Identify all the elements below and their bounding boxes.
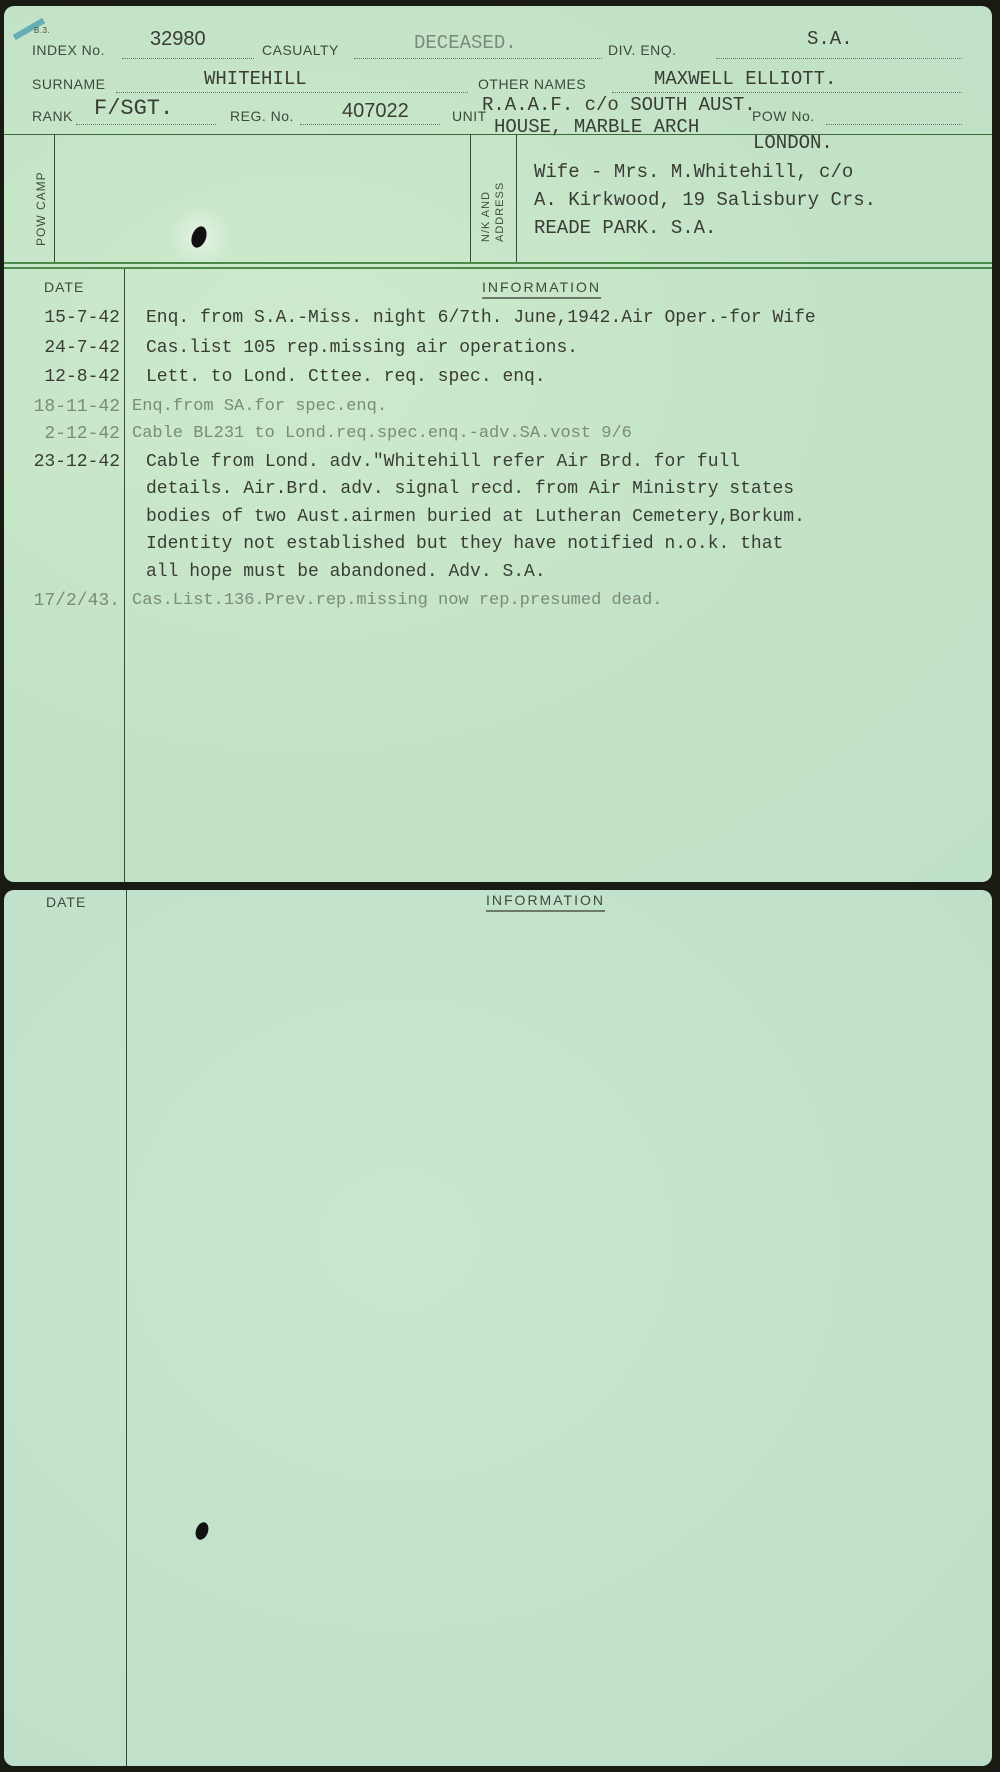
nok-address-line1: Wife - Mrs. M.Whitehill, c/o xyxy=(534,161,853,183)
entry-text: Cas.list 105 rep.missing air operations. xyxy=(146,338,578,358)
entry-text: details. Air.Brd. adv. signal recd. from… xyxy=(146,479,794,499)
entry-date: 15-7-42 xyxy=(4,308,120,328)
date-header: DATE xyxy=(44,279,84,295)
nok-address-line2: A. Kirkwood, 19 Salisbury Crs. xyxy=(534,189,876,211)
casualty-label: CASUALTY xyxy=(262,42,339,58)
div-enq-label: DIV. ENQ. xyxy=(608,42,677,58)
pow-no-label: POW No. xyxy=(752,108,815,124)
nok-label-line1: N/K AND xyxy=(480,191,492,242)
entry-date: 17/2/43. xyxy=(4,591,120,611)
entry-text: Enq. from S.A.-Miss. night 6/7th. June,1… xyxy=(146,308,816,328)
reg-no-label: REG. No. xyxy=(230,108,294,124)
other-names-value: MAXWELL ELLIOTT. xyxy=(654,68,836,90)
entry-text: bodies of two Aust.airmen buried at Luth… xyxy=(146,507,805,527)
nok-address-line3: READE PARK. S.A. xyxy=(534,217,716,239)
entry-text: Lett. to Lond. Cttee. req. spec. enq. xyxy=(146,367,546,387)
entry-text: Cas.List.136.Prev.rep.missing now rep.pr… xyxy=(132,591,663,610)
reg-no-value: 407022 xyxy=(342,100,409,123)
div-enq-value: S.A. xyxy=(807,28,853,50)
entry-text: Enq.from SA.for spec.enq. xyxy=(132,397,387,416)
record-card-back: DATE INFORMATION xyxy=(4,890,992,1766)
index-no-label: INDEX No. xyxy=(32,42,105,58)
unit-value-line1: R.A.A.F. c/o SOUTH AUST. xyxy=(482,94,756,116)
entry-text: all hope must be abandoned. Adv. S.A. xyxy=(146,562,546,582)
index-no-value: 32980 xyxy=(150,28,206,51)
rank-value: F/SGT. xyxy=(94,96,173,121)
casualty-value: DECEASED. xyxy=(414,32,517,54)
back-date-header: DATE xyxy=(46,894,86,910)
unit-value-line3: LONDON. xyxy=(753,132,833,154)
back-information-header: INFORMATION xyxy=(486,892,605,912)
entry-date: 23-12-42 xyxy=(4,452,120,472)
pow-camp-label: POW CAMP xyxy=(34,171,48,246)
entry-date: 12-8-42 xyxy=(4,367,120,387)
ink-mark xyxy=(193,1520,210,1541)
form-code: B.3. xyxy=(34,26,50,35)
entry-text: Cable from Lond. adv."Whitehill refer Ai… xyxy=(146,452,740,472)
surname-value: WHITEHILL xyxy=(204,68,307,90)
entry-text: Identity not established but they have n… xyxy=(146,534,783,554)
information-header: INFORMATION xyxy=(482,279,601,299)
entry-date: 18-11-42 xyxy=(4,397,120,417)
entry-date: 2-12-42 xyxy=(4,424,120,444)
record-card-front: B.3. INDEX No. 32980 CASUALTY DECEASED. … xyxy=(4,6,992,882)
surname-label: SURNAME xyxy=(32,76,106,92)
entry-text: Cable BL231 to Lond.req.spec.enq.-adv.SA… xyxy=(132,424,632,443)
other-names-label: OTHER NAMES xyxy=(478,76,586,92)
entry-date: 24-7-42 xyxy=(4,338,120,358)
rank-label: RANK xyxy=(32,108,73,124)
nok-label-line2: ADDRESS xyxy=(494,182,506,242)
